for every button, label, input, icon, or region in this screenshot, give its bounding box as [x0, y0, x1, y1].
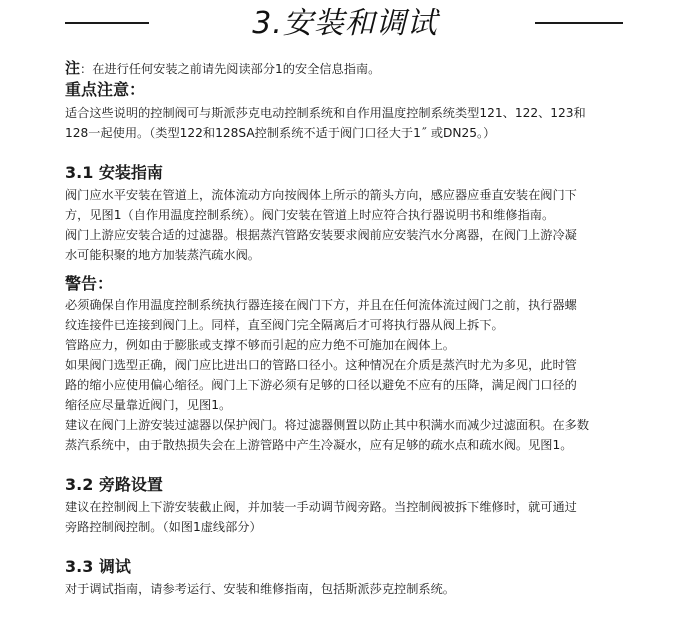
section-3-3-line: 对于调试指南，请参考运行、安装和维修指南，包括斯派莎克控制系统。	[65, 579, 645, 599]
warning-line: 缩径应尽量靠近阀门，见图1。	[65, 395, 645, 415]
important-line: 适合这些说明的控制阀可与斯派莎克电动控制系统和自作用温度控制系统类型121、12…	[65, 103, 645, 123]
warning-line: 如果阀门选型正确，阀门应比进出口的管路口径小。这种情况在介质是蒸汽时尤为多见，此…	[65, 355, 645, 375]
warning-line: 必须确保自作用温度控制系统执行器连接在阀门下方，并且在任何流体流过阀门之前，执行…	[65, 295, 645, 315]
warning-line: 路的缩小应使用偏心缩径。阀门上下游必须有足够的口径以避免不应有的压降，满足阀门口…	[65, 375, 645, 395]
warning-line: 建议在阀门上游安装过滤器以保护阀门。将过滤器侧置以防止其中积满水而减少过滤面积。…	[65, 415, 645, 435]
title-rule-right	[535, 22, 623, 24]
warning-line: 管路应力，例如由于膨胀或支撑不够而引起的应力绝不可施加在阀体上。	[65, 335, 645, 355]
warning-heading: 警告：	[65, 273, 645, 295]
page-title: 3.安装和调试	[0, 4, 690, 44]
document-body: 注：在进行任何安装之前请先阅读部分1的安全信息指南。 重点注意： 适合这些说明的…	[65, 58, 645, 599]
section-3-3-heading: 3.3 调试	[65, 555, 645, 579]
note-text: ：在进行任何安装之前请先阅读部分1的安全信息指南。	[80, 62, 380, 76]
section-3-1-line: 水可能积聚的地方加装蒸汽疏水阀。	[65, 245, 645, 265]
note-label: 注	[65, 59, 80, 77]
important-line: 128一起使用。（类型122和128SA控制系统不适于阀门口径大于1˝ 或DN2…	[65, 123, 645, 143]
section-3-2-line: 旁路控制阀控制。（如图1虚线部分）	[65, 517, 645, 537]
section-3-1-line: 方，见图1（自作用温度控制系统）。阀门安装在管道上时应符合执行器说明书和维修指南…	[65, 205, 645, 225]
section-3-1-line: 阀门上游应安装合适的过滤器。根据蒸汽管路安装要求阀前应安装汽水分离器，在阀门上游…	[65, 225, 645, 245]
section-3-1-heading: 3.1 安装指南	[65, 161, 645, 185]
important-heading: 重点注意：	[65, 79, 645, 101]
section-3-1-line: 阀门应水平安装在管道上，流体流动方向按阀体上所示的箭头方向，感应器应垂直安装在阀…	[65, 185, 645, 205]
safety-note: 注：在进行任何安装之前请先阅读部分1的安全信息指南。	[65, 58, 645, 79]
warning-line: 纹连接件已连接到阀门上。同样，直至阀门完全隔离后才可将执行器从阀上拆下。	[65, 315, 645, 335]
section-3-2-heading: 3.2 旁路设置	[65, 473, 645, 497]
warning-line: 蒸汽系统中，由于散热损失会在上游管路中产生冷凝水，应有足够的疏水点和疏水阀。见图…	[65, 435, 645, 455]
section-3-2-line: 建议在控制阀上下游安装截止阀，并加装一手动调节阀旁路。当控制阀被拆下维修时，就可…	[65, 497, 645, 517]
